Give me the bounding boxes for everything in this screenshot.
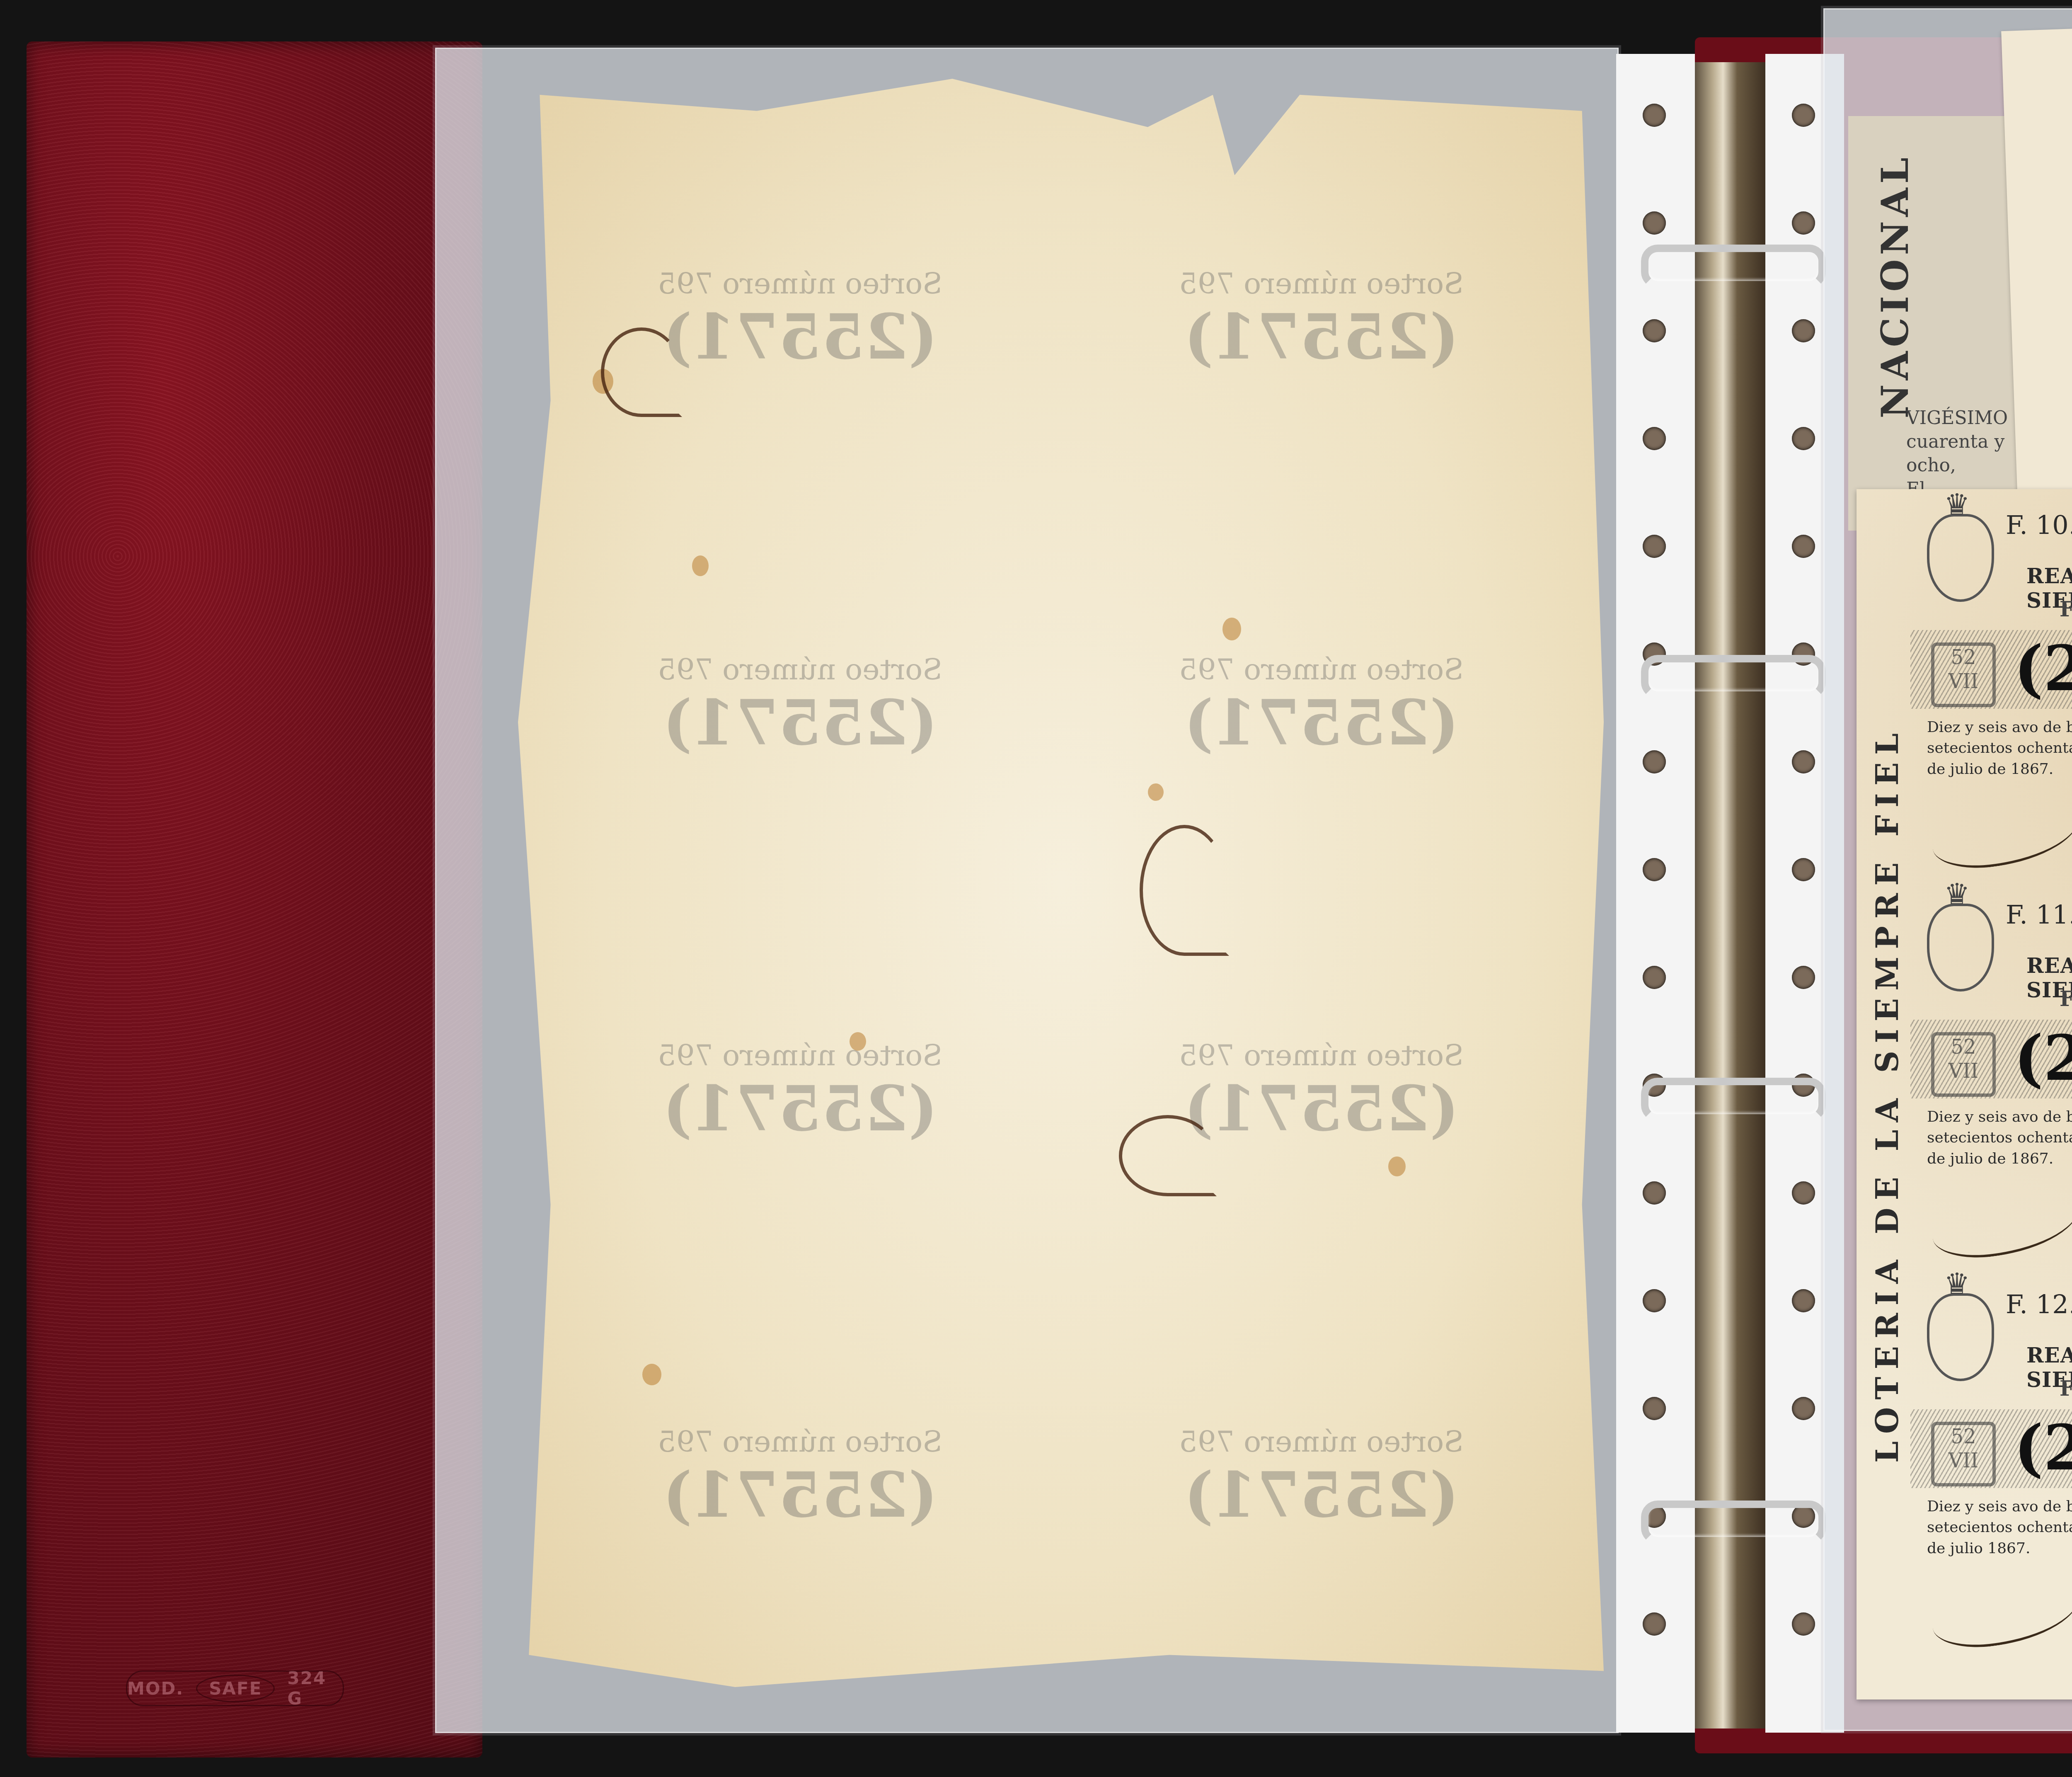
- stamp-52-vii: 52 VII: [1931, 1422, 1996, 1486]
- ink-signature: [601, 327, 682, 417]
- faded-ticket: Sorteo número 795(25571): [540, 127, 1061, 513]
- rotated-ticket: F. 15. Sorteo n. 781. U REAL LOTERIA DE …: [2045, 99, 2072, 527]
- album-cover-left: MOD. SAFE 324 G: [27, 41, 482, 1758]
- foxing-spot: [1222, 618, 1241, 640]
- stamp-52-vii: 52 VII: [1931, 1032, 1996, 1097]
- emboss-model: MOD.: [127, 1678, 184, 1699]
- lottery-sheet-29629: LOTERIA DE LA SIEMPRE FIEL REAL LOTERIA …: [1857, 489, 2072, 1699]
- ticket-number: (29629): [2014, 632, 2072, 705]
- binder-ring[interactable]: [1641, 1501, 1826, 1544]
- foxing-spot: [642, 1364, 661, 1385]
- stamp-52-vii: 52 VII: [1931, 642, 1996, 707]
- signature: [1927, 1180, 2072, 1265]
- ticket-number: (29629): [2014, 1411, 2072, 1484]
- foxing-spot: [1148, 783, 1164, 801]
- binder-ring[interactable]: [1641, 245, 1826, 288]
- sleeve-punch-strip-left: [1616, 54, 1695, 1733]
- ink-signature: [1119, 1115, 1217, 1196]
- lottery-ticket: F. 10. Sorteo n. 781. C REAL LOTERIA DE …: [1910, 502, 2072, 883]
- foxing-spot: [1388, 1156, 1406, 1176]
- faded-lottery-sheet: Sorteo número 795(25571) Sorteo número 7…: [518, 79, 1604, 1687]
- royal-crest-icon: [1927, 904, 1994, 992]
- faded-ticket: Sorteo número 795(25571): [540, 513, 1061, 899]
- lottery-ticket: F. 12. Sorteo n. 781. M REAL LOTERIA DE …: [1910, 1281, 2072, 1662]
- ink-signature: [1140, 825, 1229, 956]
- foxing-spot: [850, 1032, 866, 1051]
- sheet-border-left: LOTERIA DE LA SIEMPRE FIEL: [1869, 506, 1906, 1683]
- ticket-number: (29629): [2014, 1022, 2072, 1095]
- faded-ticket: Sorteo número 795(25571): [1061, 127, 1582, 513]
- faded-ticket: Sorteo número 795(25571): [1061, 1285, 1582, 1671]
- lottery-ticket: F. 11. Sorteo n. 781. T REAL LOTERIA DE …: [1910, 891, 2072, 1273]
- royal-crest-icon: [1927, 1293, 1994, 1381]
- binder-ring[interactable]: [1641, 655, 1826, 699]
- signature: [1927, 790, 2072, 875]
- faded-ticket: Sorteo número 795(25571): [1061, 899, 1582, 1285]
- embossed-maker-mark: MOD. SAFE 324 G: [126, 1670, 344, 1706]
- foxing-spot: [692, 555, 709, 576]
- binder-ring[interactable]: [1641, 1078, 1826, 1122]
- faded-ticket: Sorteo número 795(25571): [540, 899, 1061, 1285]
- signature: [1927, 1569, 2072, 1654]
- emboss-number: 324 G: [287, 1668, 343, 1709]
- faded-ticket: Sorteo número 795(25571): [1061, 513, 1582, 899]
- faded-ticket: Sorteo número 795(25571): [540, 1285, 1061, 1671]
- royal-crest-icon: [1927, 514, 1994, 602]
- binder-spine: [1695, 62, 1765, 1729]
- emboss-brand: SAFE: [196, 1675, 275, 1702]
- vertical-border-text: NACIONAL: [1873, 153, 1917, 419]
